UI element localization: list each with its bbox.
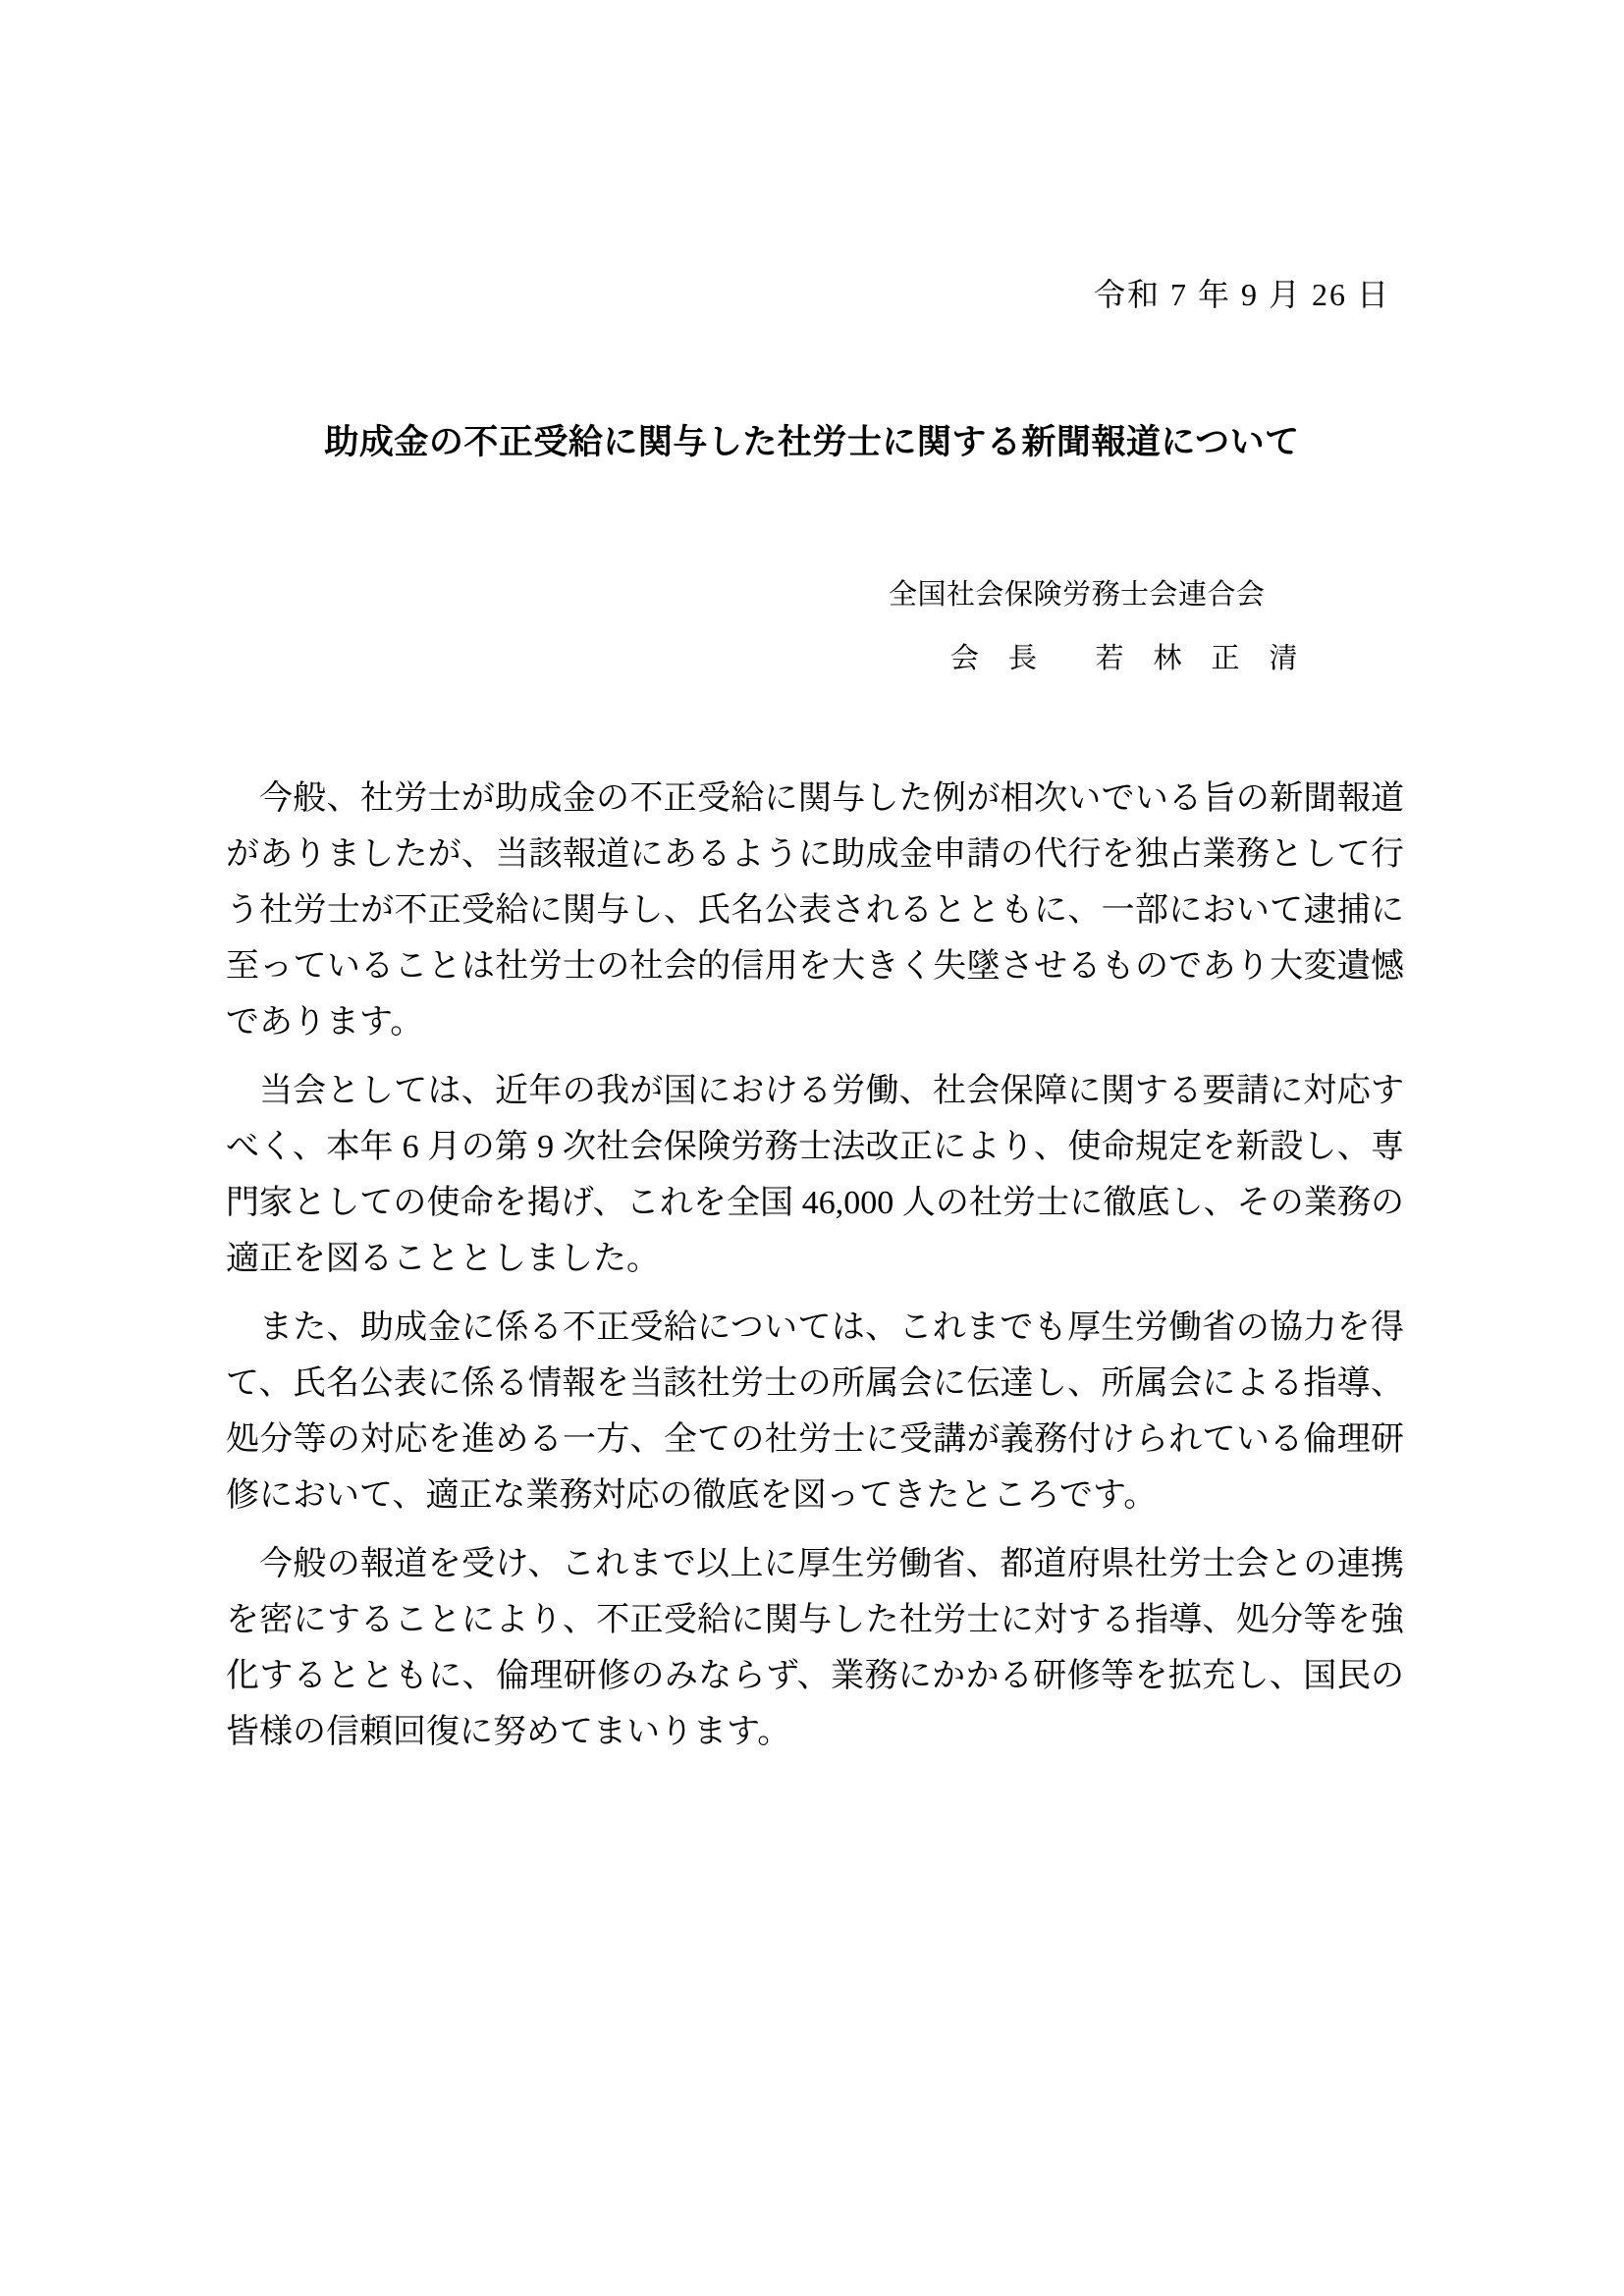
document-title: 助成金の不正受給に関与した社労士に関する新聞報道について [0, 422, 1624, 463]
signatory-name: 会 長 若 林 正 清 [950, 641, 1624, 677]
body-paragraph-4: 今般の報道を受け、これまで以上に厚生労働省、都道府県社労士会との連携を密にするこ… [226, 1536, 1404, 1760]
body-paragraph-3: また、助成金に係る不正受給については、これまでも厚生労働省の協力を得て、氏名公表… [226, 1300, 1404, 1523]
organization-name: 全国社会保険労務士会連合会 [889, 577, 1624, 614]
document-page: 令和 7 年 9 月 26 日 助成金の不正受給に関与した社労士に関する新聞報道… [0, 0, 1624, 2296]
document-body: 今般、社労士が助成金の不正受給に関与した例が相次いでいる旨の新聞報道がありました… [226, 771, 1404, 1760]
document-date: 令和 7 年 9 月 26 日 [0, 0, 1624, 314]
body-paragraph-1: 今般、社労士が助成金の不正受給に関与した例が相次いでいる旨の新聞報道がありました… [226, 771, 1404, 1050]
body-paragraph-2: 当会としては、近年の我が国における労働、社会保障に関する要請に対応すべく、本年 … [226, 1063, 1404, 1287]
signature-block: 全国社会保険労務士会連合会 会 長 若 林 正 清 [0, 577, 1624, 677]
